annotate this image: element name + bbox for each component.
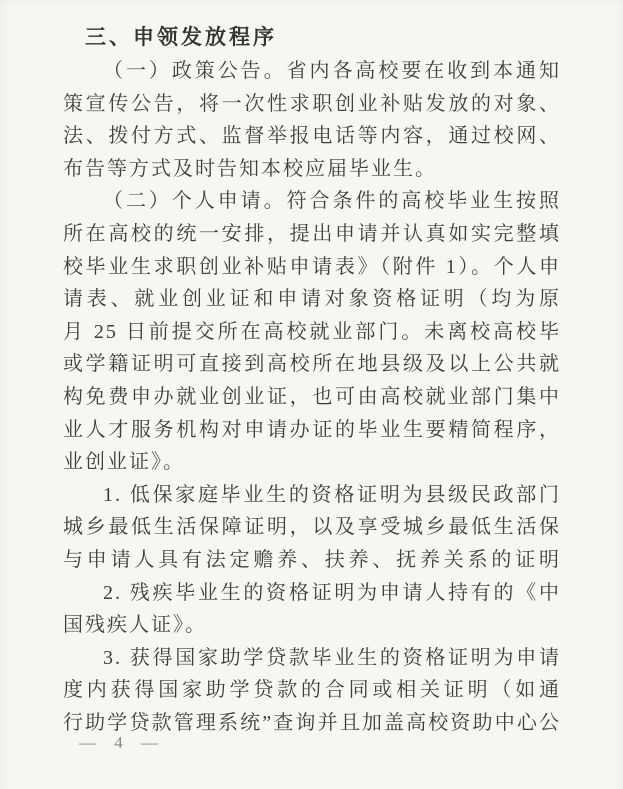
text-line: 国残疾人证》。 — [63, 609, 561, 642]
text-line: 业创业证》。 — [63, 446, 561, 479]
page-number: — 4 — — [79, 733, 165, 753]
text-line: 度内获得国家助学贷款的合同或相关证明（如通过“国家开发银 — [63, 674, 561, 707]
text-line: 策宣传公告，将一次性求职创业补贴发放的对象、标准、申领办 — [63, 88, 561, 121]
paragraph-item-1-low-income-proof: 1. 低保家庭毕业生的资格证明为县级民政部门出具的享受 城乡最低生活保障证明，以… — [63, 479, 561, 577]
text-line: 布告等方式及时告知本校应届毕业生。 — [63, 153, 561, 186]
text-line: 1. 低保家庭毕业生的资格证明为县级民政部门出具的享受 — [63, 479, 561, 512]
section-heading: 三、申领发放程序 — [63, 21, 561, 54]
text-line: 法、拨付方式、监督举报电话等内容，通过校网、短信、微信、 — [63, 120, 561, 153]
text-line: 2. 残疾毕业生的资格证明为申请人持有的《中华人民共和 — [63, 577, 561, 610]
document-page: 三、申领发放程序 （一）政策公告。省内各高校要在收到本通知后立即组织政 策宣传公… — [0, 0, 623, 789]
document-body: 三、申领发放程序 （一）政策公告。省内各高校要在收到本通知后立即组织政 策宣传公… — [63, 21, 561, 739]
text-line: 城乡最低生活保障证明，以及享受城乡最低生活保障的家庭成员 — [63, 511, 561, 544]
paragraph-item-3-student-loan-proof: 3. 获得国家助学贷款毕业生的资格证明为申请人在毕业年 度内获得国家助学贷款的合… — [63, 642, 561, 740]
text-line: 校毕业生求职创业补贴申请表》（附件 1）。个人申请材料包括申 — [63, 251, 561, 284]
text-line: （二）个人申请。符合条件的高校毕业生按照本通知要求和 — [63, 185, 561, 218]
paragraph-item-2-disability-proof: 2. 残疾毕业生的资格证明为申请人持有的《中华人民共和 国残疾人证》。 — [63, 577, 561, 642]
paragraph-policy-announcement: （一）政策公告。省内各高校要在收到本通知后立即组织政 策宣传公告，将一次性求职创… — [63, 55, 561, 185]
paragraph-individual-application: （二）个人申请。符合条件的高校毕业生按照本通知要求和 所在高校的统一安排，提出申… — [63, 185, 561, 478]
text-line: 与申请人具有法定赡养、扶养、抚养关系的证明（如户籍证明）。 — [63, 544, 561, 577]
text-line: 所在高校的统一安排，提出申请并认真如实完整填写《河南省高 — [63, 218, 561, 251]
text-line: 业人才服务机构对申请办证的毕业生要精简程序，及时核发《就 — [63, 414, 561, 447]
text-line: 构免费申办就业创业证，也可由高校就业部门集中代办。公共就 — [63, 381, 561, 414]
text-line: （一）政策公告。省内各高校要在收到本通知后立即组织政 — [63, 55, 561, 88]
text-line: 或学籍证明可直接到高校所在地县级及以上公共就业人才服务机 — [63, 348, 561, 381]
text-line: 月 25 日前提交所在高校就业部门。未离校高校毕业生持学生证 — [63, 316, 561, 349]
text-line: 3. 获得国家助学贷款毕业生的资格证明为申请人在毕业年 — [63, 642, 561, 675]
text-line: 请表、就业创业证和申请对象资格证明（均为原件），于每年 3 — [63, 283, 561, 316]
